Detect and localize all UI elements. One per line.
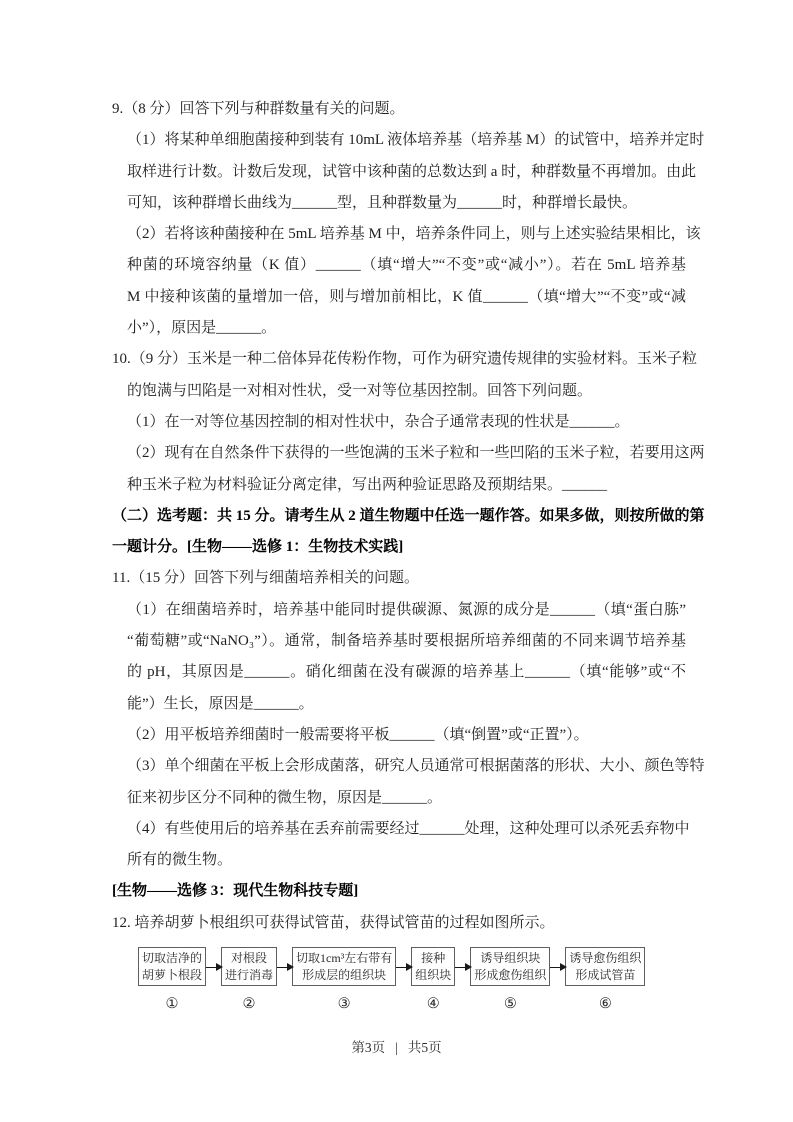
- flow-step-box: 对根段 进行消毒: [221, 947, 277, 986]
- text-line: （2）用平板培养细菌时一般需要将平板______（填“倒置”或“正置”）。: [112, 720, 686, 751]
- text-line: “葡萄糖”或“NaNO₃”）。通常，制备培养基时要根据所培养细菌的不同来调节培养…: [112, 626, 686, 657]
- text-line: （3）单个细菌在平板上会形成菌落，研究人员通常可根据菌落的形状、大小、颜色等特: [112, 751, 686, 782]
- flow-step-box: 切取1cm³左右带有 形成层的组织块: [292, 947, 396, 986]
- flow-step: 诱导组织块 形成愈伤组织⑤: [470, 947, 550, 1013]
- right-arrow-icon: [550, 967, 565, 968]
- footer-page-current: 第3页: [351, 1040, 385, 1055]
- text-line: （2）现有在自然条件下获得的一些饱满的玉米子粒和一些凹陷的玉米子粒，若要用这两: [112, 438, 686, 469]
- right-arrow-icon: [206, 967, 221, 968]
- step-number: ①: [166, 996, 179, 1013]
- right-arrow-icon: [455, 967, 470, 968]
- step-number: ②: [243, 996, 256, 1013]
- right-arrow-icon: [396, 967, 411, 968]
- exam-text: 9.（8 分）回答下列与种群数量有关的问题。（1）将某种单细胞菌接种到装有 10…: [112, 94, 686, 939]
- step-number: ④: [427, 996, 440, 1013]
- text-line: 能”）生长，原因是______。: [112, 689, 686, 720]
- right-arrow-icon: [277, 967, 292, 968]
- text-line: 种菌的环境容纳量（K 值）______（填“增大”“不变”或“减小”）。若在 5…: [112, 250, 686, 281]
- text-line: M 中接种该菌的量增加一倍，则与增加前相比，K 值______（填“增大”“不变…: [112, 282, 686, 313]
- text-line: 征来初步区分不同种的微生物，原因是______。: [112, 783, 686, 814]
- text-line: 的饱满与凹陷是一对相对性状，受一对等位基因控制。回答下列问题。: [112, 376, 686, 407]
- text-line: 9.（8 分）回答下列与种群数量有关的问题。: [112, 94, 686, 125]
- flow-step-box: 诱导组织块 形成愈伤组织: [470, 947, 550, 986]
- text-line: （1）将某种单细胞菌接种到装有 10mL 液体培养基（培养基 M）的试管中，培养…: [112, 125, 686, 156]
- text-line: 11.（15 分）回答下列与细菌培养相关的问题。: [112, 563, 686, 594]
- section-header-line: [生物——选修 3：现代生物科技专题]: [112, 876, 686, 907]
- flow-step-box: 接种 组织块: [411, 947, 455, 986]
- flow-step-box: 切取洁净的 胡萝卜根段: [138, 947, 206, 986]
- exam-body: 9.（8 分）回答下列与种群数量有关的问题。（1）将某种单细胞菌接种到装有 10…: [112, 94, 686, 1013]
- flow-step: 接种 组织块④: [411, 947, 455, 1013]
- process-flowchart: 切取洁净的 胡萝卜根段①对根段 进行消毒②切取1cm³左右带有 形成层的组织块③…: [138, 947, 686, 1013]
- text-line: 10.（9 分）玉米是一种二倍体异花传粉作物，可作为研究遗传规律的实验材料。玉米…: [112, 344, 686, 375]
- footer-separator: |: [395, 1040, 398, 1055]
- text-line: 取样进行计数。计数后发现，试管中该种菌的总数达到 a 时，种群数量不再增加。由此: [112, 157, 686, 188]
- section-header-line: 一题计分。[生物——选修 1：生物技术实践]: [112, 532, 686, 563]
- text-line: （1）在一对等位基因控制的相对性状中，杂合子通常表现的性状是______。: [112, 407, 686, 438]
- section-header-line: （二）选考题：共 15 分。请考生从 2 道生物题中任选一题作答。如果多做，则按…: [112, 501, 686, 532]
- text-line: （2）若将该种菌接种在 5mL 培养基 M 中，培养条件同上，则与上述实验结果相…: [112, 219, 686, 250]
- page-footer: 第3页|共5页: [0, 1036, 793, 1056]
- step-number: ③: [338, 996, 351, 1013]
- text-line: 的 pH，其原因是______。硝化细菌在没有碳源的培养基上______（填“能…: [112, 657, 686, 688]
- text-line: （1）在细菌培养时，培养基中能同时提供碳源、氮源的成分是______（填“蛋白胨…: [112, 595, 686, 626]
- flow-step-box: 诱导愈伤组织 形成试管苗: [565, 947, 645, 986]
- text-line: 小”），原因是______。: [112, 313, 686, 344]
- footer-page-total: 共5页: [408, 1040, 442, 1055]
- flow-step: 切取1cm³左右带有 形成层的组织块③: [292, 947, 396, 1013]
- text-line: 种玉米子粒为材料验证分离定律，写出两种验证思路及预期结果。______: [112, 470, 686, 501]
- text-line: （4）有些使用后的培养基在丢弃前需要经过______处理，这种处理可以杀死丢弃物…: [112, 814, 686, 845]
- step-number: ⑥: [599, 996, 612, 1013]
- text-line: 所有的微生物。: [112, 845, 686, 876]
- flow-step: 对根段 进行消毒②: [221, 947, 277, 1013]
- flow-step: 切取洁净的 胡萝卜根段①: [138, 947, 206, 1013]
- text-line: 12. 培养胡萝卜根组织可获得试管苗，获得试管苗的过程如图所示。: [112, 908, 686, 939]
- text-line: 可知，该种群增长曲线为______型，且种群数量为______时，种群增长最快。: [112, 188, 686, 219]
- step-number: ⑤: [504, 996, 517, 1013]
- exam-page: 9.（8 分）回答下列与种群数量有关的问题。（1）将某种单细胞菌接种到装有 10…: [0, 0, 793, 1122]
- flow-step: 诱导愈伤组织 形成试管苗⑥: [565, 947, 645, 1013]
